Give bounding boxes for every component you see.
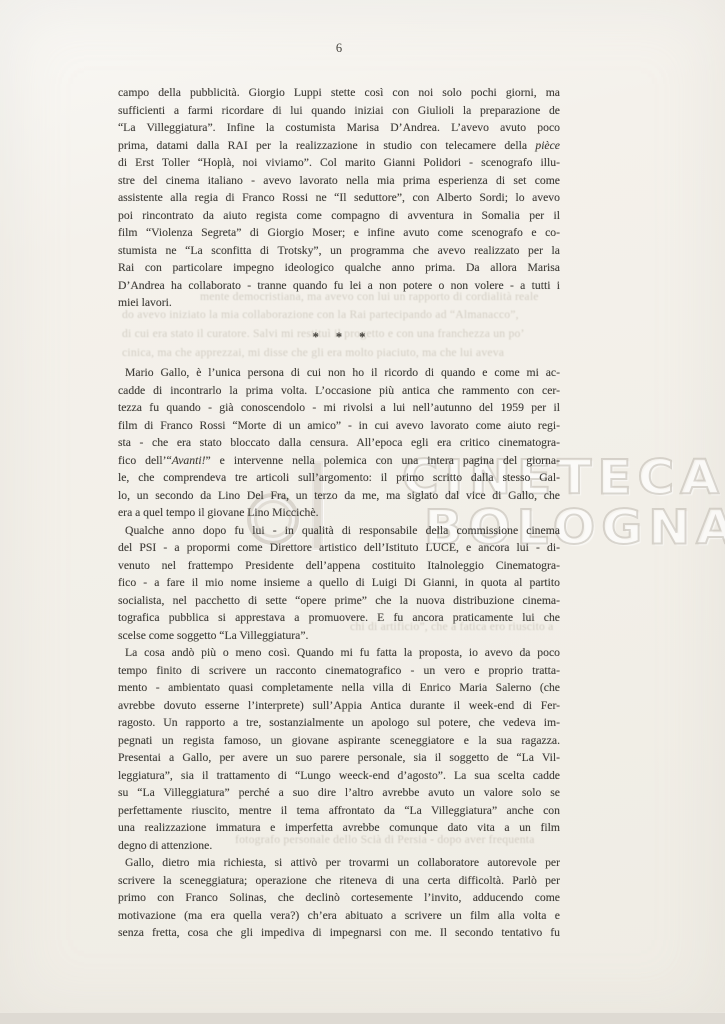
text-line: Rai con particolare impegno ideologico q… — [118, 259, 560, 277]
text-line: pegnati un regista famoso, un giovane as… — [118, 732, 560, 750]
text-line: una realizzazione immatura e imperfetta … — [118, 819, 560, 837]
text-line: mento - ambientato quasi completamente n… — [118, 679, 560, 697]
text-line: tografica pubblica si apprestava a promu… — [118, 609, 560, 627]
text-line: D’Andrea ha collaborato - tranne quando … — [118, 277, 560, 295]
text-line: cadde di incontrarlo la prima volta. L’o… — [118, 382, 560, 400]
text-line: avrebbe dovuto esserne l’interprete) sul… — [118, 697, 560, 715]
paragraph: Gallo, dietro mia richiesta, si attivò p… — [118, 854, 560, 942]
text-line: stumista ne “La sconfitta di Trotsky”, u… — [118, 242, 560, 260]
text-line: venuto nel frattempo Presidente dell’app… — [118, 557, 560, 575]
paragraph: La cosa andò più o meno così. Quando mi … — [118, 644, 560, 854]
text-line: era a quel tempo il giovane Lino Miccich… — [118, 504, 560, 522]
text-line: assistente alla regia di Franco Rossi ne… — [118, 189, 560, 207]
scanned-page: CINETECA BOLOGNA mente democristiana, ma… — [0, 0, 725, 1024]
text-line: fico - a fare il mio nome insieme a quel… — [118, 574, 560, 592]
text-line: La cosa andò più o meno così. Quando mi … — [118, 644, 560, 662]
text-line: di Erst Toller “Hoplà, noi viviamo”. Col… — [118, 154, 560, 172]
text-line: fico dell’“Avanti!” e intervenne nella p… — [118, 452, 560, 470]
text-line: primo con Franco Solinas, che declinò co… — [118, 889, 560, 907]
text-line: leggiatura”, sia il trattamento di “Lung… — [118, 767, 560, 785]
text-line: sufficienti a farmi ricordare di lui qua… — [118, 102, 560, 120]
text-line: poi rincontrato da aiuto regista come co… — [118, 207, 560, 225]
section-separator: * * * — [118, 329, 560, 347]
body-text: campo della pubblicità. Giorgio Luppi st… — [118, 84, 560, 942]
text-line: prima, datami dalla RAI per la realizzaz… — [118, 137, 560, 155]
text-line: degno di attenzione. — [118, 837, 560, 855]
text-line: “La Villeggiatura”. Infine la costumista… — [118, 119, 560, 137]
text-line: tezza fu quando - già conoscendolo - mi … — [118, 399, 560, 417]
text-line: su “La Villeggiatura” perché a suo dire … — [118, 784, 560, 802]
text-line: tempo finito di scrivere un racconto cin… — [118, 662, 560, 680]
text-line: Gallo, dietro mia richiesta, si attivò p… — [118, 854, 560, 872]
text-line: scrivere la sceneggiatura; operazione ch… — [118, 872, 560, 890]
text-line: perfettamente riuscito, mentre il tema a… — [118, 802, 560, 820]
paragraph: Mario Gallo, è l’unica persona di cui no… — [118, 364, 560, 522]
text-line: scelse come soggetto “La Villeggiatura”. — [118, 627, 560, 645]
text-line: Qualche anno dopo fu lui - in qualità di… — [118, 522, 560, 540]
text-line: film “Violenza Segreta” di Giorgio Moser… — [118, 224, 560, 242]
text-line: miei lavori. — [118, 294, 560, 312]
paragraph: campo della pubblicità. Giorgio Luppi st… — [118, 84, 560, 312]
text-line: Mario Gallo, è l’unica persona di cui no… — [118, 364, 560, 382]
text-line: sta - che era stato bloccato dalla censu… — [118, 434, 560, 452]
paragraph: Qualche anno dopo fu lui - in qualità di… — [118, 522, 560, 645]
text-line: le, che comprendeva tre articoli sull’ar… — [118, 469, 560, 487]
text-line: del PSI - a propormi come Direttore arti… — [118, 539, 560, 557]
text-line: ragosto. Un rapporto a tre, sostanzialme… — [118, 714, 560, 732]
text-line: film di Franco Rossi “Morte di un amico”… — [118, 417, 560, 435]
text-line: motivazione (ma era quella vera?) ch’era… — [118, 907, 560, 925]
text-line: lo, un secondo da Lino Del Fra, un terzo… — [118, 487, 560, 505]
text-line: socialista, nel pacchetto di sette “oper… — [118, 592, 560, 610]
text-line: stre del cinema italiano - avevo lavorat… — [118, 172, 560, 190]
text-line: campo della pubblicità. Giorgio Luppi st… — [118, 84, 560, 102]
text-line: Presentai a Gallo, per avere un suo pare… — [118, 749, 560, 767]
text-line: senza fretta, cosa che gli impediva di i… — [118, 924, 560, 942]
